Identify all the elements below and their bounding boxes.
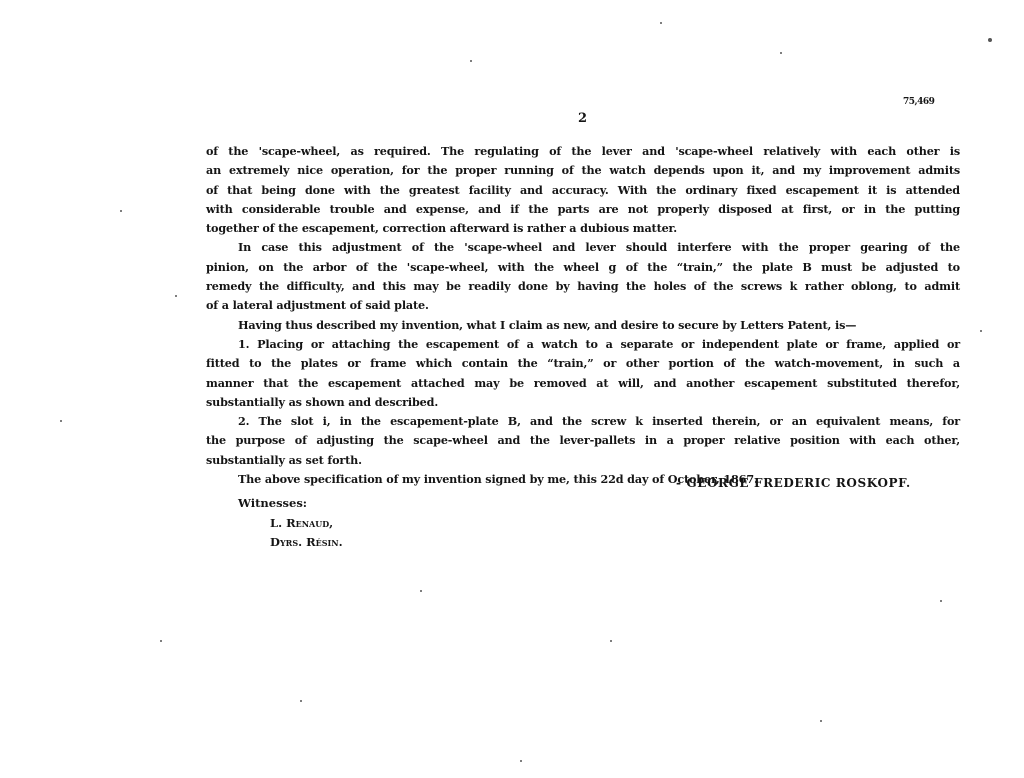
page-number: 2: [578, 111, 587, 126]
text-line: In case this adjustment of the 'scape-wh…: [206, 238, 960, 257]
witness-name: L. Renaud,: [270, 516, 333, 530]
inventor-signature: - GEORGE FREDERIC ROSKOPF.: [676, 476, 911, 490]
witness-name: Dyrs. Résin.: [270, 535, 343, 549]
scan-speck: [660, 22, 662, 24]
text-line: pinion, on the arbor of the 'scape-wheel…: [206, 258, 960, 277]
text-line: the purpose of adjusting the scape-wheel…: [206, 431, 960, 450]
text-line: together of the escapement, correction a…: [206, 219, 960, 238]
patent-number: 75,469: [903, 97, 934, 107]
scan-speck: [160, 640, 162, 642]
claim-1: 1. Placing or attaching the escapement o…: [206, 335, 960, 354]
scan-speck: [988, 38, 992, 42]
text-line: of a lateral adjustment of said plate.: [206, 296, 960, 315]
claim-intro: Having thus described my invention, what…: [206, 316, 960, 335]
scan-speck: [470, 60, 472, 62]
text-line: of the 'scape-wheel, as required. The re…: [206, 142, 960, 161]
text-line: manner that the escapement attached may …: [206, 374, 960, 393]
scan-speck: [780, 52, 782, 54]
text-line: remedy the difficulty, and this may be r…: [206, 277, 960, 296]
text-line: with considerable trouble and expense, a…: [206, 200, 960, 219]
scan-speck: [820, 720, 822, 722]
scan-speck: [420, 590, 422, 592]
text-line: an extremely nice operation, for the pro…: [206, 161, 960, 180]
scan-speck: [60, 420, 62, 422]
text-line: of that being done with the greatest fac…: [206, 181, 960, 200]
scan-speck: [610, 640, 612, 642]
text-line: substantially as shown and described.: [206, 393, 960, 412]
scan-speck: [980, 330, 982, 332]
claim-2: 2. The slot i, in the escapement-plate B…: [206, 412, 960, 431]
witnesses-label: Witnesses:: [238, 496, 307, 510]
text-line: fitted to the plates or frame which cont…: [206, 354, 960, 373]
scan-speck: [120, 210, 122, 212]
scan-speck: [300, 700, 302, 702]
scan-speck: [520, 760, 522, 762]
scan-speck: [940, 600, 942, 602]
text-line: substantially as set forth.: [206, 451, 960, 470]
scan-speck: [175, 295, 177, 297]
specification-text: of the 'scape-wheel, as required. The re…: [206, 142, 960, 489]
